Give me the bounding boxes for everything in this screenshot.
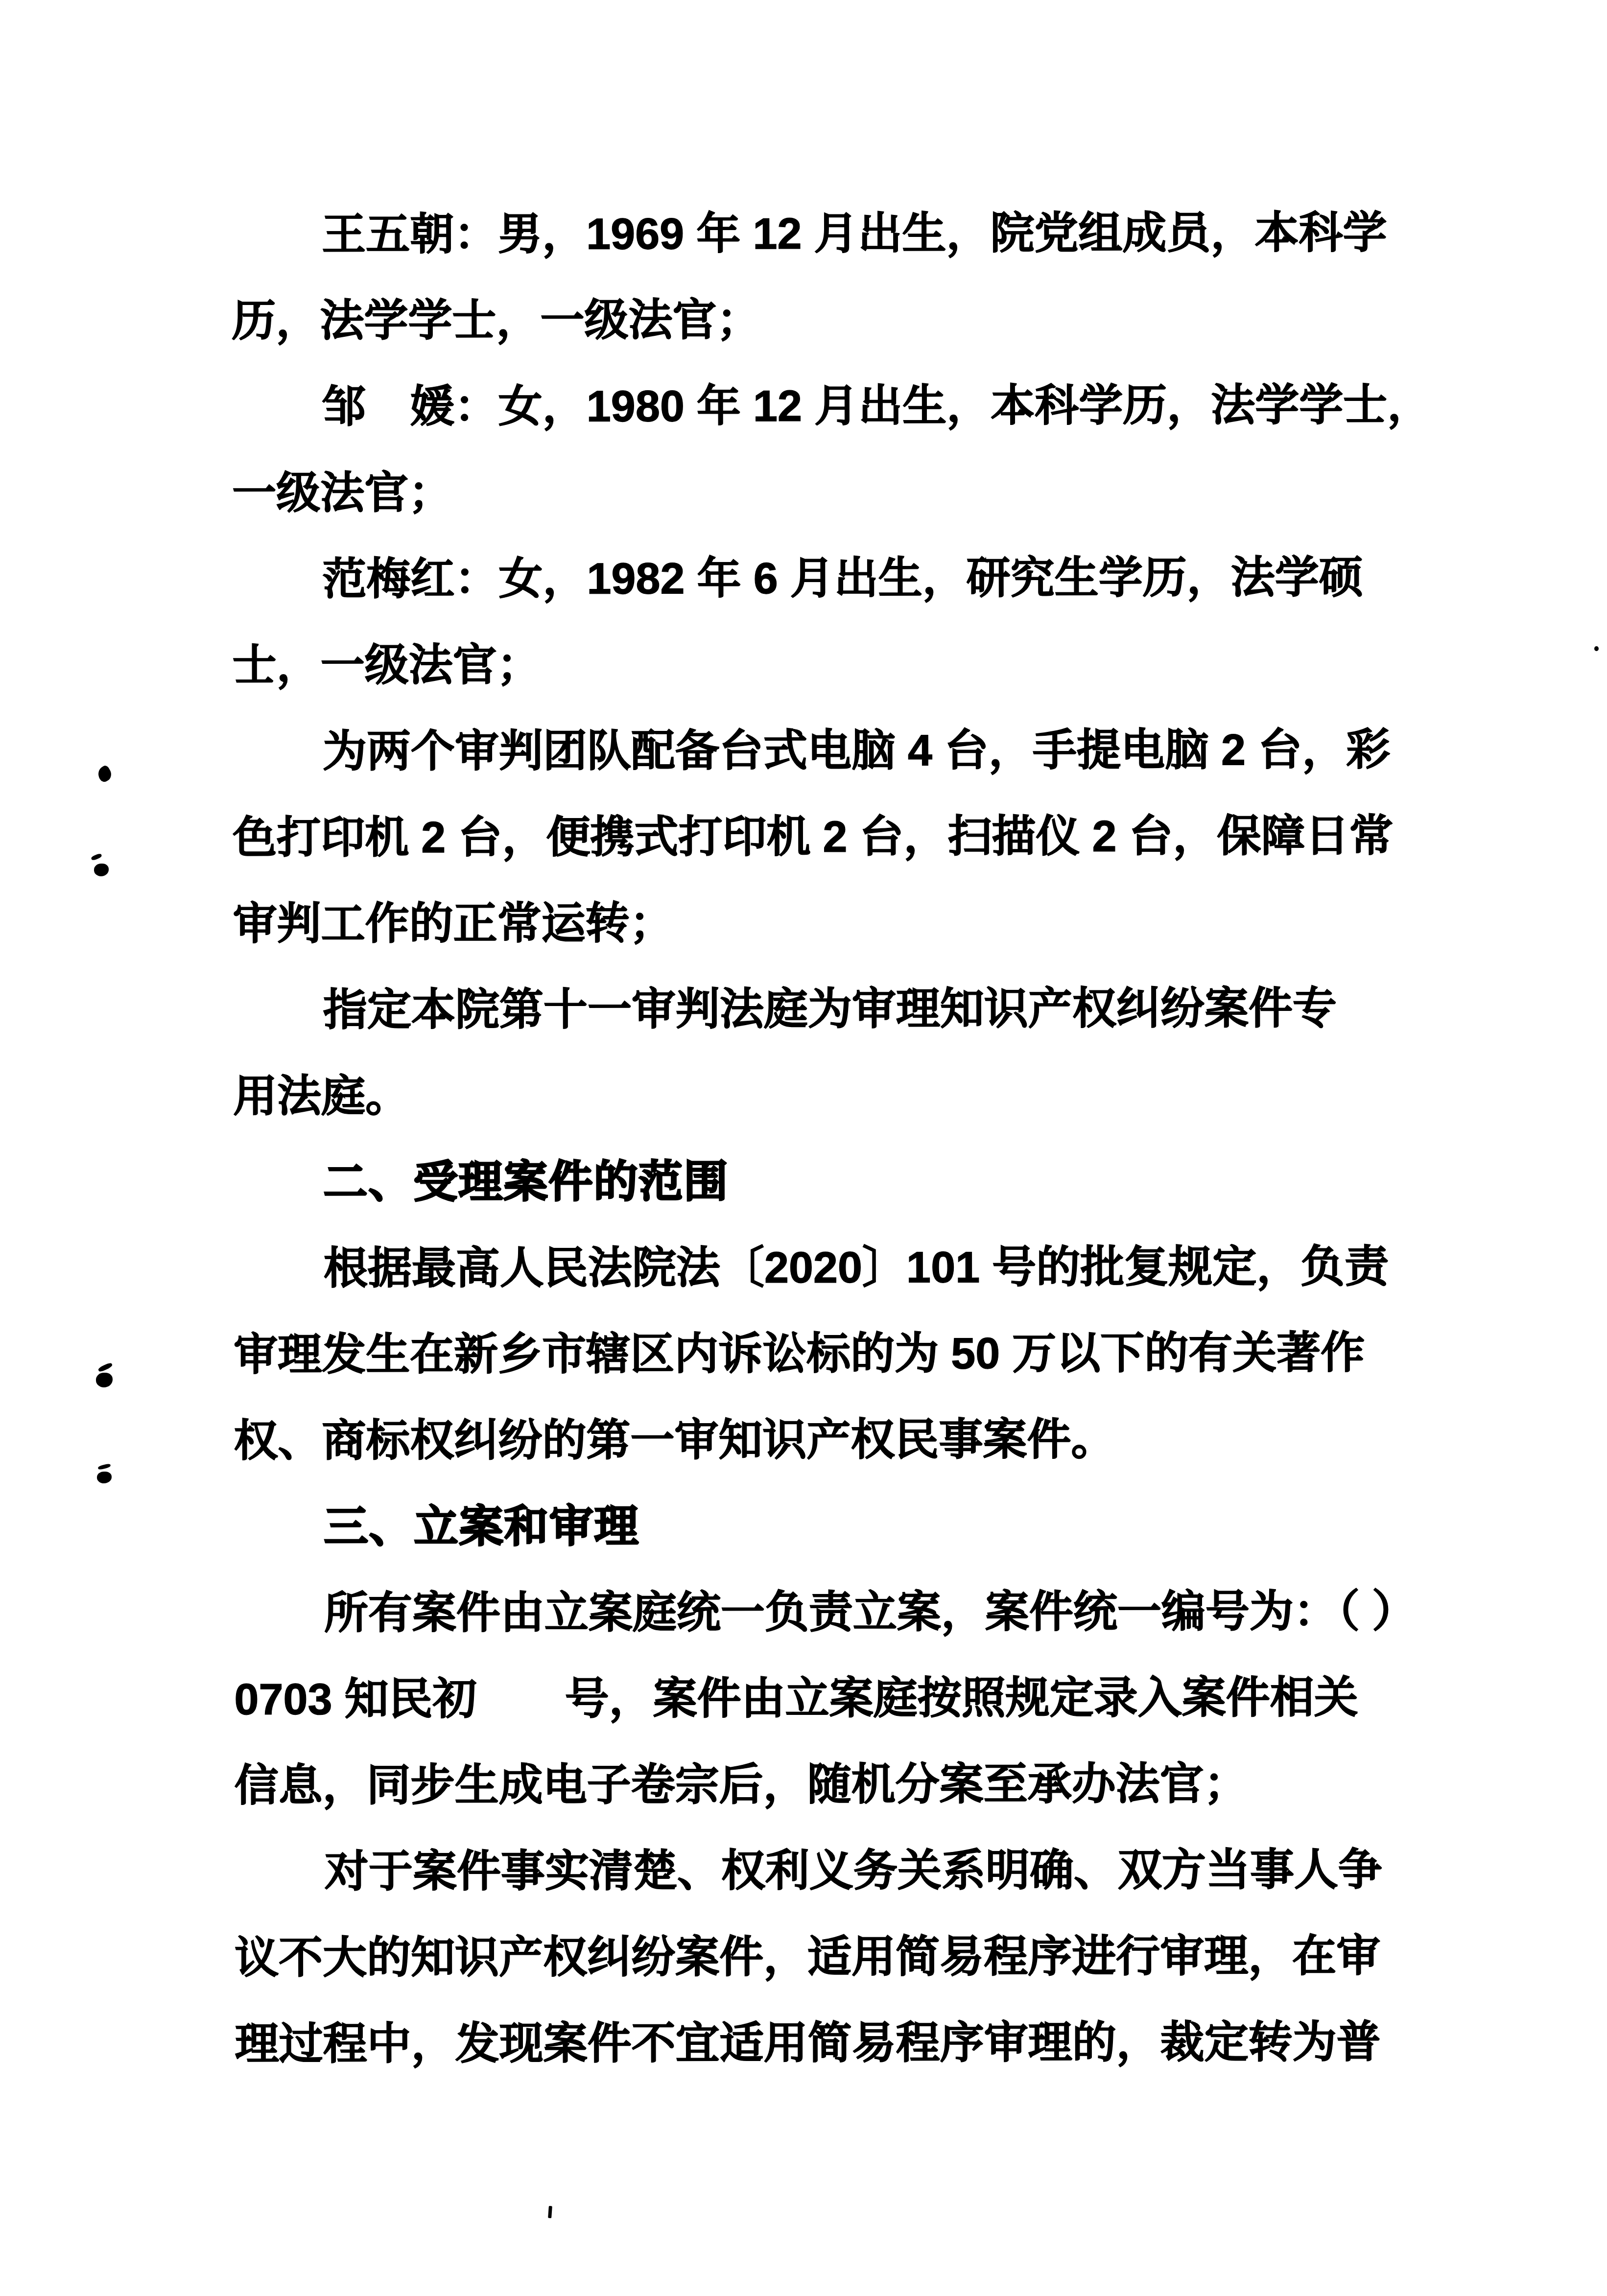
scan-speck: [95, 764, 114, 783]
text-line-05: 范梅红：女，1982 年 6 月出生，研究生学历，法学硕: [232, 535, 1486, 623]
text-line-22: 理过程中，发现案件不宜适用简易程序审理的，裁定转为普: [235, 1999, 1488, 2087]
text-line-13: 根据最高人民法院法〔2020〕101 号的批复规定，负责: [234, 1224, 1487, 1312]
text-line-08: 色打印机 2 台，便携式打印机 2 台，扫描仪 2 台，保障日常: [233, 793, 1486, 881]
scanned-document-page: 王五朝：男，1969 年 12 月出生，院党组成员，本科学 历，法学学士，一级法…: [0, 0, 1607, 2296]
scan-speck: [548, 2206, 552, 2218]
scan-speck: [97, 1463, 111, 1470]
text-line-06: 士，一级法官；: [233, 621, 1486, 709]
scan-speck: [97, 1472, 112, 1483]
scan-speck: [96, 1373, 113, 1387]
text-line-17: 所有案件由立案庭统一负责立案，案件统一编号为：（ ）: [234, 1569, 1488, 1657]
text-line-09: 审判工作的正常运转；: [233, 879, 1486, 967]
scan-speck: [91, 853, 102, 861]
text-line-10: 指定本院第十一审判法庭为审理知识产权纠纷案件专: [233, 965, 1487, 1054]
scan-speck: [1594, 646, 1599, 651]
text-line-14: 审理发生在新乡市辖区内诉讼标的为 50 万以下的有关著作: [234, 1310, 1487, 1398]
heading-section-2: 二、受理案件的范围: [233, 1138, 1487, 1226]
text-line-19: 信息，同步生成电子卷宗后，随机分案至承办法官；: [235, 1741, 1488, 1829]
text-line-15: 权、商标权纠纷的第一审知识产权民事案件。: [234, 1396, 1487, 1484]
text-line-21: 议不大的知识产权纠纷案件，适用简易程序进行审理，在审: [235, 1913, 1488, 2001]
scan-speck: [94, 864, 109, 876]
text-line-03: 邹 媛：女，1980 年 12 月出生，本科学历，法学学士，: [232, 362, 1486, 450]
heading-section-3: 三、立案和审理: [234, 1482, 1488, 1570]
text-line-04: 一级法官；: [232, 448, 1486, 537]
text-line-18: 0703 知民初 号，案件由立案庭按照规定录入案件相关: [234, 1655, 1488, 1743]
text-line-02: 历，法学学士，一级法官；: [232, 276, 1485, 364]
text-line-07: 为两个审判团队配备台式电脑 4 台，手提电脑 2 台，彩: [233, 707, 1486, 795]
text-line-01: 王五朝：男，1969 年 12 月出生，院党组成员，本科学: [232, 190, 1485, 278]
document-text-block: 王五朝：男，1969 年 12 月出生，院党组成员，本科学 历，法学学士，一级法…: [232, 190, 1489, 2087]
text-line-20: 对于案件事实清楚、权利义务关系明确、双方当事人争: [235, 1827, 1488, 1915]
text-line-11: 用法庭。: [233, 1052, 1487, 1140]
scan-speck: [97, 1362, 113, 1373]
